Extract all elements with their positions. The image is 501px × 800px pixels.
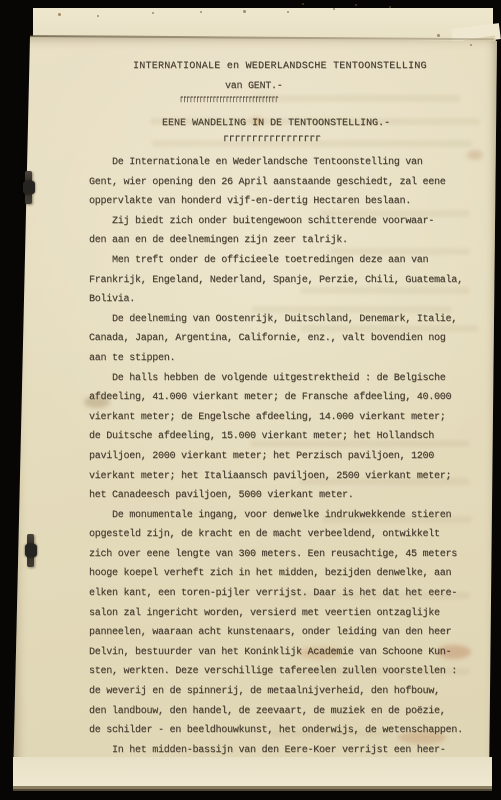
typed-line: sten, werkten. Deze verschillige taferee…: [89, 662, 463, 682]
typed-line: het Canadeesch paviljoen, 5000 vierkant …: [89, 486, 463, 506]
typed-line: In het midden-bassijn van den Eere-Koer …: [89, 741, 463, 761]
typed-line: aan te stippen.: [89, 349, 463, 369]
scanned-page: INTERNATIONALE en WEDERLANDSCHE TENTOONS…: [0, 0, 501, 800]
typed-line: salon zal ingericht worden, versierd met…: [89, 604, 463, 624]
typed-line: Canada, Japan, Argentina, Californie, en…: [89, 329, 463, 349]
typed-line: Zij biedt zich onder buitengewoon schitt…: [89, 212, 463, 232]
typed-line: zich over eene lengte van 300 meters. Ee…: [89, 545, 463, 565]
typed-line: De Internationale en Wederlandsche Tento…: [89, 153, 463, 173]
typed-line: Gent, wier opening den 26 April aanstaan…: [89, 173, 463, 193]
typed-line: De monumentale ingang, voor denwelke ind…: [89, 506, 463, 526]
typed-line: paviljoen, 2000 vierkant meter; het Perz…: [89, 447, 463, 467]
typed-line: de weverij en de spinnerij, de metaalnij…: [89, 682, 463, 702]
typed-line: elken kant, een toren-pijler verrijst. D…: [89, 584, 463, 604]
document-title-location: van GENT.-: [225, 81, 283, 92]
typed-line: De halls hebben de volgende uitgestrekth…: [89, 369, 463, 389]
typed-separator-rule-long: гггггггггггггггггггггггггггггг: [180, 95, 278, 106]
typed-line: opgesteld zijn, de kracht en de macht ve…: [89, 525, 463, 545]
typed-line: Bolivia.: [89, 290, 463, 310]
typed-line: den aan en de deelnemingen zijn zeer tal…: [89, 231, 463, 251]
typed-line: vierkant meter; het Italiaansch paviljoe…: [89, 467, 463, 487]
typed-line: panneelen, waaraan acht kunstenaars, ond…: [89, 623, 463, 643]
typed-line: den landbouw, den handel, de zeevaart, d…: [89, 702, 463, 722]
document-subtitle: EENE WANDELING IN DE TENTOONSTELLING.-: [162, 118, 390, 129]
typed-body: De Internationale en Wederlandsche Tento…: [89, 153, 463, 760]
typed-separator-rule-short: ггггггггггггггггг: [223, 134, 321, 145]
typed-line: afdeeling, 41.000 vierkant meter; de Fra…: [89, 388, 463, 408]
typed-line: hooge koepel verheft zich in het midden,…: [89, 564, 463, 584]
typed-line: de Duitsche afdeeling, 15.000 vierkant m…: [89, 427, 463, 447]
document-title: INTERNATIONALE en WEDERLANDSCHE TENTOONS…: [133, 61, 427, 72]
typed-line: oppervlakte van honderd vijf-en-dertig H…: [89, 192, 463, 212]
typed-line: De deelneming van Oostenrijk, Duitschlan…: [89, 310, 463, 330]
typed-line: de schilder - en beeldhouwkunst, het ond…: [89, 721, 463, 741]
typed-line: Men treft onder de officieele toetreding…: [89, 251, 463, 271]
typed-line: Delvin, bestuurder van het Koninklijk Ac…: [89, 643, 463, 663]
typed-line: vierkant meter; de Engelsche afdeeling, …: [89, 408, 463, 428]
typed-text-layer: INTERNATIONALE en WEDERLANDSCHE TENTOONS…: [0, 0, 501, 800]
typed-line: Frankrijk, Engeland, Nederland, Spanje, …: [89, 271, 463, 291]
